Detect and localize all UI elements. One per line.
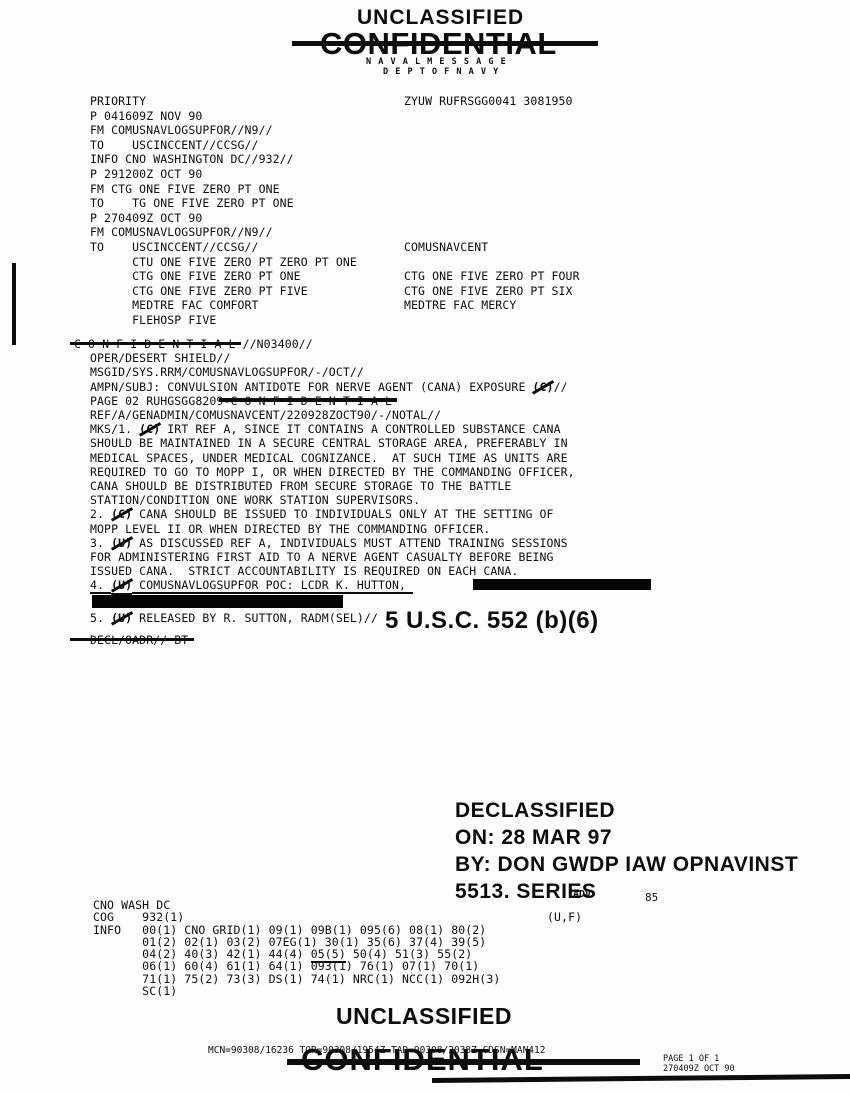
message-body-line: AMPN/SUBJ: CONVULSION ANTIDOTE FOR NERVE…	[90, 380, 651, 394]
classification-mark: (C)	[533, 380, 554, 394]
text-segment: RELEASED BY R. SUTTON, RADM(SEL)//	[132, 611, 385, 625]
declassified-line: 5513. SERIES	[455, 878, 798, 905]
message-header-block: PRIORITYZYUW RUFRSGG0041 3081950P 041609…	[90, 94, 580, 328]
message-body-line: OPER/DESERT SHIELD//	[90, 351, 651, 365]
text-segment: P 041609Z NOV 90	[90, 109, 202, 123]
text-segment: C O N F I D E N T I A L	[74, 337, 236, 351]
text-segment: -C O N F I D E N T I A L	[223, 394, 392, 408]
message-body-line: MSGID/SYS.RRM/COMUSNAVLOGSUPFOR/-/OCT//	[90, 365, 651, 379]
text-segment: P 270409Z OCT 90	[90, 211, 202, 225]
text-segment: CANA SHOULD BE DISTRIBUTED FROM SECURE S…	[90, 479, 511, 493]
text-segment: //N03400//	[236, 337, 313, 351]
text-segment: REQUIRED TO GO TO MOPP I, OR WHEN DIRECT…	[90, 465, 575, 479]
message-header-line: FM CTG ONE FIVE ZERO PT ONE	[90, 182, 580, 197]
text-segment: INFO CNO WASHINGTON DC//932//	[90, 152, 294, 166]
text-segment: PRIORITY	[90, 94, 404, 109]
text-segment: CTG ONE FIVE ZERO PT FIVE	[90, 284, 404, 299]
distribution-block: CNO WASH DCCOG 932(1)(U,F)INFO 00(1) CNO…	[93, 899, 500, 997]
text-segment: SC(1)	[93, 984, 177, 998]
message-body-line: MOPP LEVEL II OR WHEN DIRECTED BY THE CO…	[90, 522, 651, 536]
declassified-line: DECLASSIFIED	[455, 797, 798, 824]
dept-of-navy-header: D E P T O F N A V Y	[383, 67, 499, 77]
message-body-line: STATION/CONDITION ONE WORK STATION SUPER…	[90, 493, 651, 507]
text-segment: TO USCINCCENT//CCSG//	[90, 240, 404, 255]
message-body-line: MEDICAL SPACES, UNDER MEDICAL COGNIZANCE…	[90, 451, 651, 465]
declassified-stamp: DECLASSIFIED ON: 28 MAR 97 BY: DON GWDP …	[455, 797, 798, 905]
text-segment: TO USCINCCENT//CCSG//	[90, 138, 259, 152]
text-segment: AMPN/SUBJ: CONVULSION ANTIDOTE FOR NERVE…	[90, 380, 533, 394]
message-body-line: SHOULD BE MAINTAINED IN A SECURE CENTRAL…	[90, 436, 651, 450]
message-body-line: 3. (U) AS DISCUSSED REF A, INDIVIDUALS M…	[90, 536, 651, 550]
text-segment: MEDTRE FAC COMFORT	[90, 298, 404, 313]
text-segment: FLEHOSP FIVE	[90, 313, 216, 327]
text-segment: AS DISCUSSED REF A, INDIVIDUALS MUST ATT…	[132, 536, 567, 550]
text-segment: 4.	[90, 578, 111, 594]
classification-mark: (C)	[111, 507, 132, 521]
text-segment: MKS/1.	[90, 422, 139, 436]
text-segment: FM CTG ONE FIVE ZERO PT ONE	[90, 182, 280, 196]
text-segment: CANA SHOULD BE ISSUED TO INDIVIDUALS ONL…	[132, 507, 553, 521]
text-segment: FM COMUSNAVLOGSUPFOR//N9//	[90, 225, 273, 239]
text-segment: CTG ONE FIVE ZERO PT ONE	[90, 269, 404, 284]
distribution-line: SC(1)	[93, 985, 500, 997]
message-header-line: PRIORITYZYUW RUFRSGG0041 3081950	[90, 94, 580, 109]
text-segment: TO TG ONE FIVE ZERO PT ONE	[90, 196, 294, 210]
message-body-line: 4. (U) COMUSNAVLOGSUPFOR POC: LCDR K. HU…	[90, 578, 651, 594]
text-segment: (U,F)	[547, 911, 582, 923]
date-time-group: 270409Z OCT 90	[663, 1065, 735, 1075]
confidential-strike-line	[292, 41, 598, 46]
text-segment: COMUSNAVLOGSUPFOR POC: LCDR K. HUTTON,	[132, 578, 413, 594]
message-header-line: FM COMUSNAVLOGSUPFOR//N9//	[90, 225, 580, 240]
text-segment: CTG ONE FIVE ZERO PT FOUR	[404, 269, 580, 283]
message-header-line: P 041609Z NOV 90	[90, 109, 580, 124]
message-header-line: FM COMUSNAVLOGSUPFOR//N9//	[90, 123, 580, 138]
message-header-line: P 291200Z OCT 90	[90, 167, 580, 182]
text-segment: MSGID/SYS.RRM/COMUSNAVLOGSUPFOR/-/OCT//	[90, 365, 364, 379]
text-segment: DECL/OADR// BT	[90, 633, 188, 647]
message-header-line: CTG ONE FIVE ZERO PT FIVECTG ONE FIVE ZE…	[90, 284, 580, 299]
text-segment: PAGE 02 RUHGSGG8209	[90, 394, 223, 408]
text-segment: FOR ADMINISTERING FIRST AID TO A NERVE A…	[90, 550, 554, 564]
message-body-line: 5. (U) RELEASED BY R. SUTTON, RADM(SEL)/…	[90, 609, 651, 633]
message-body-line: DECL/OADR// BT	[90, 633, 651, 647]
text-segment: P 291200Z OCT 90	[90, 167, 202, 181]
text-segment: MOPP LEVEL II OR WHEN DIRECTED BY THE CO…	[90, 522, 490, 536]
text-segment: 3.	[90, 536, 111, 550]
declassified-line: ON: 28 MAR 97	[455, 824, 798, 851]
message-header-line: MEDTRE FAC COMFORTMEDTRE FAC MERCY	[90, 298, 580, 313]
message-header-line: TO USCINCCENT//CCSG//COMUSNAVCENT	[90, 240, 580, 255]
text-segment: 2.	[90, 507, 111, 521]
naval-message-header: N A V A L M E S S A G E	[366, 57, 507, 67]
message-body-line: CANA SHOULD BE DISTRIBUTED FROM SECURE S…	[90, 479, 651, 493]
text-segment: ZYUW RUFRSGG0041 3081950	[404, 94, 573, 108]
classification-mark: (C)	[139, 422, 160, 436]
classification-mark: (U)	[111, 611, 132, 625]
bottom-unclassified-stamp: UNCLASSIFIED	[336, 1003, 512, 1030]
text-segment: MEDICAL SPACES, UNDER MEDICAL COGNIZANCE…	[90, 451, 568, 465]
text-segment: 5.	[90, 611, 111, 625]
message-body-line: REQUIRED TO GO TO MOPP I, OR WHEN DIRECT…	[90, 465, 651, 479]
text-segment: OPER/DESERT SHIELD//	[90, 351, 230, 365]
message-body-line: C O N F I D E N T I A L //N03400//	[90, 337, 651, 351]
text-segment: MEDTRE FAC MERCY	[404, 298, 516, 312]
text-segment: CTU ONE FIVE ZERO PT ZERO PT ONE	[90, 255, 357, 269]
declassified-line: BY: DON GWDP IAW OPNAVINST	[455, 851, 798, 878]
message-body-line: FOR ADMINISTERING FIRST AID TO A NERVE A…	[90, 550, 651, 564]
foia-exemption-stamp: 5 U.S.C. 552 (b)(6)	[385, 607, 599, 634]
message-header-line: P 270409Z OCT 90	[90, 211, 580, 226]
message-header-line: FLEHOSP FIVE	[90, 313, 580, 328]
text-segment: CTG ONE FIVE ZERO PT SIX	[404, 284, 573, 298]
text-segment: STATION/CONDITION ONE WORK STATION SUPER…	[90, 493, 420, 507]
naval-message-document: UNCLASSIFIED CONFIDENTIAL N A V A L M E …	[0, 0, 850, 1094]
text-segment: //	[554, 380, 568, 394]
message-header-line: TO TG ONE FIVE ZERO PT ONE	[90, 196, 580, 211]
classification-mark: (U)	[111, 578, 132, 594]
message-body-block: C O N F I D E N T I A L //N03400//OPER/D…	[90, 337, 651, 647]
text-segment: ISSUED CANA. STRICT ACCOUNTABILITY IS RE…	[90, 564, 518, 578]
message-body-line: 2. (C) CANA SHOULD BE ISSUED TO INDIVIDU…	[90, 507, 651, 521]
text-segment: SHOULD BE MAINTAINED IN A SECURE CENTRAL…	[90, 436, 568, 450]
classification-mark: (U)	[111, 536, 132, 550]
text-segment: COMUSNAVCENT	[404, 240, 488, 254]
adv-label: ADV	[573, 889, 591, 900]
message-body-line: PAGE 02 RUHGSGG8209-C O N F I D E N T I …	[90, 394, 651, 408]
text-segment: FM COMUSNAVLOGSUPFOR//N9//	[90, 123, 273, 137]
margin-change-bar	[12, 263, 16, 345]
redaction-bar	[92, 595, 343, 608]
page-number-block: PAGE 1 OF 1 270409Z OCT 90	[663, 1055, 735, 1074]
message-header-line: INFO CNO WASHINGTON DC//932//	[90, 152, 580, 167]
message-header-line: CTU ONE FIVE ZERO PT ZERO PT ONE	[90, 255, 580, 270]
message-body-line: ISSUED CANA. STRICT ACCOUNTABILITY IS RE…	[90, 564, 651, 578]
message-header-line: CTG ONE FIVE ZERO PT ONECTG ONE FIVE ZER…	[90, 269, 580, 284]
confidential-strike-line	[287, 1059, 640, 1065]
text-segment: IRT REF A, SINCE IT CONTAINS A CONTROLLE…	[160, 422, 560, 436]
redaction-bar	[473, 579, 651, 590]
message-header-line: TO USCINCCENT//CCSG//	[90, 138, 580, 153]
message-body-line: MKS/1. (C) IRT REF A, SINCE IT CONTAINS …	[90, 422, 651, 436]
adv-number: 85	[645, 891, 658, 904]
message-body-line: REF/A/GENADMIN/COMUSNAVCENT/220928ZOCT90…	[90, 408, 651, 422]
text-segment: REF/A/GENADMIN/COMUSNAVCENT/220928ZOCT90…	[90, 408, 441, 422]
